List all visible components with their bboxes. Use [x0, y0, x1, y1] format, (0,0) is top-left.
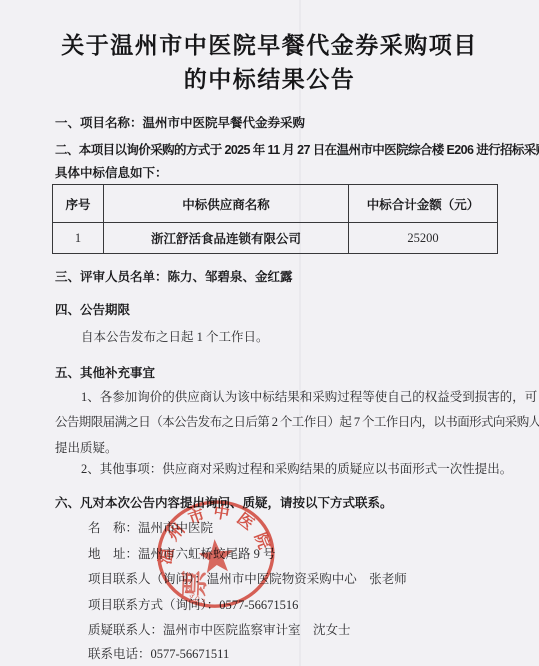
section3-evaluators: 三、评审人员名单：陈力、邹碧泉、金红露	[55, 269, 293, 285]
cell-serial-number: 1	[53, 223, 104, 254]
contact-project-phone: 项目联系方式（询问）：0577-56671516	[88, 597, 298, 613]
cell-supplier-name: 浙江舒活食品连锁有限公司	[104, 223, 349, 254]
cell-total-amount: 25200	[349, 223, 498, 254]
section5-paragraph2: 2、其他事项：供应商对采购过程和采购结果的质疑应以书面形式一次性提出。	[81, 461, 512, 477]
section2-procurement-method-line2: 具体中标信息如下：	[55, 165, 168, 181]
contact-project-person: 项目联系人（询问）：温州市中医院物资采购中心 张老师	[88, 571, 407, 587]
section1-project-name: 一、项目名称：温州市中医院早餐代金券采购	[55, 115, 305, 131]
contact-phone: 联系电话：0577-56671511	[88, 646, 229, 662]
table-row: 1 浙江舒活食品连锁有限公司 25200	[53, 223, 498, 254]
section5-paragraph1-line3: 提出质疑。	[55, 440, 118, 456]
table-header-row: 序号 中标供应商名称 中标合计金额（元）	[53, 185, 498, 223]
section4-announcement-period: 自本公告发布之日起 1 个工作日。	[81, 329, 269, 345]
section2-procurement-method-line1: 二、本项目以询价采购的方式于 2025 年 11 月 27 日在温州市中医院综合…	[55, 142, 539, 158]
document-title-line1: 关于温州市中医院早餐代金券采购项目	[0, 27, 539, 60]
section5-heading: 五、其他补充事宜	[55, 365, 155, 381]
announcement-document: 关于温州市中医院早餐代金券采购项目 的中标结果公告 一、项目名称：温州市中医院早…	[0, 0, 539, 666]
section6-heading: 六、凡对本次公告内容提出询问、质疑，请按以下方式联系。	[55, 495, 393, 511]
header-supplier-name: 中标供应商名称	[104, 185, 349, 223]
section5-paragraph1-line1: 1、各参加询价的供应商认为该中标结果和采购过程等使自己的权益受到损害的，可以自本	[81, 389, 539, 405]
header-total-amount: 中标合计金额（元）	[349, 185, 498, 223]
scan-fold-crease	[299, 0, 301, 666]
contact-challenge-person: 质疑联系人：温州市中医院监察审计室 沈女士	[88, 622, 351, 638]
section4-heading: 四、公告期限	[55, 302, 130, 318]
award-result-table: 序号 中标供应商名称 中标合计金额（元） 1 浙江舒活食品连锁有限公司 2520…	[52, 184, 498, 254]
contact-org-name: 名 称：温州市中医院	[88, 520, 213, 536]
contact-address: 地 址：温州市六虹桥蛟尾路 9 号	[88, 546, 276, 562]
section5-paragraph1-line2: 公告期限届满之日（本公告发布之日后第 2 个工作日）起 7 个工作日内，以书面形…	[55, 414, 539, 430]
document-title-line2: 的中标结果公告	[0, 61, 539, 94]
header-serial-number: 序号	[53, 185, 104, 223]
